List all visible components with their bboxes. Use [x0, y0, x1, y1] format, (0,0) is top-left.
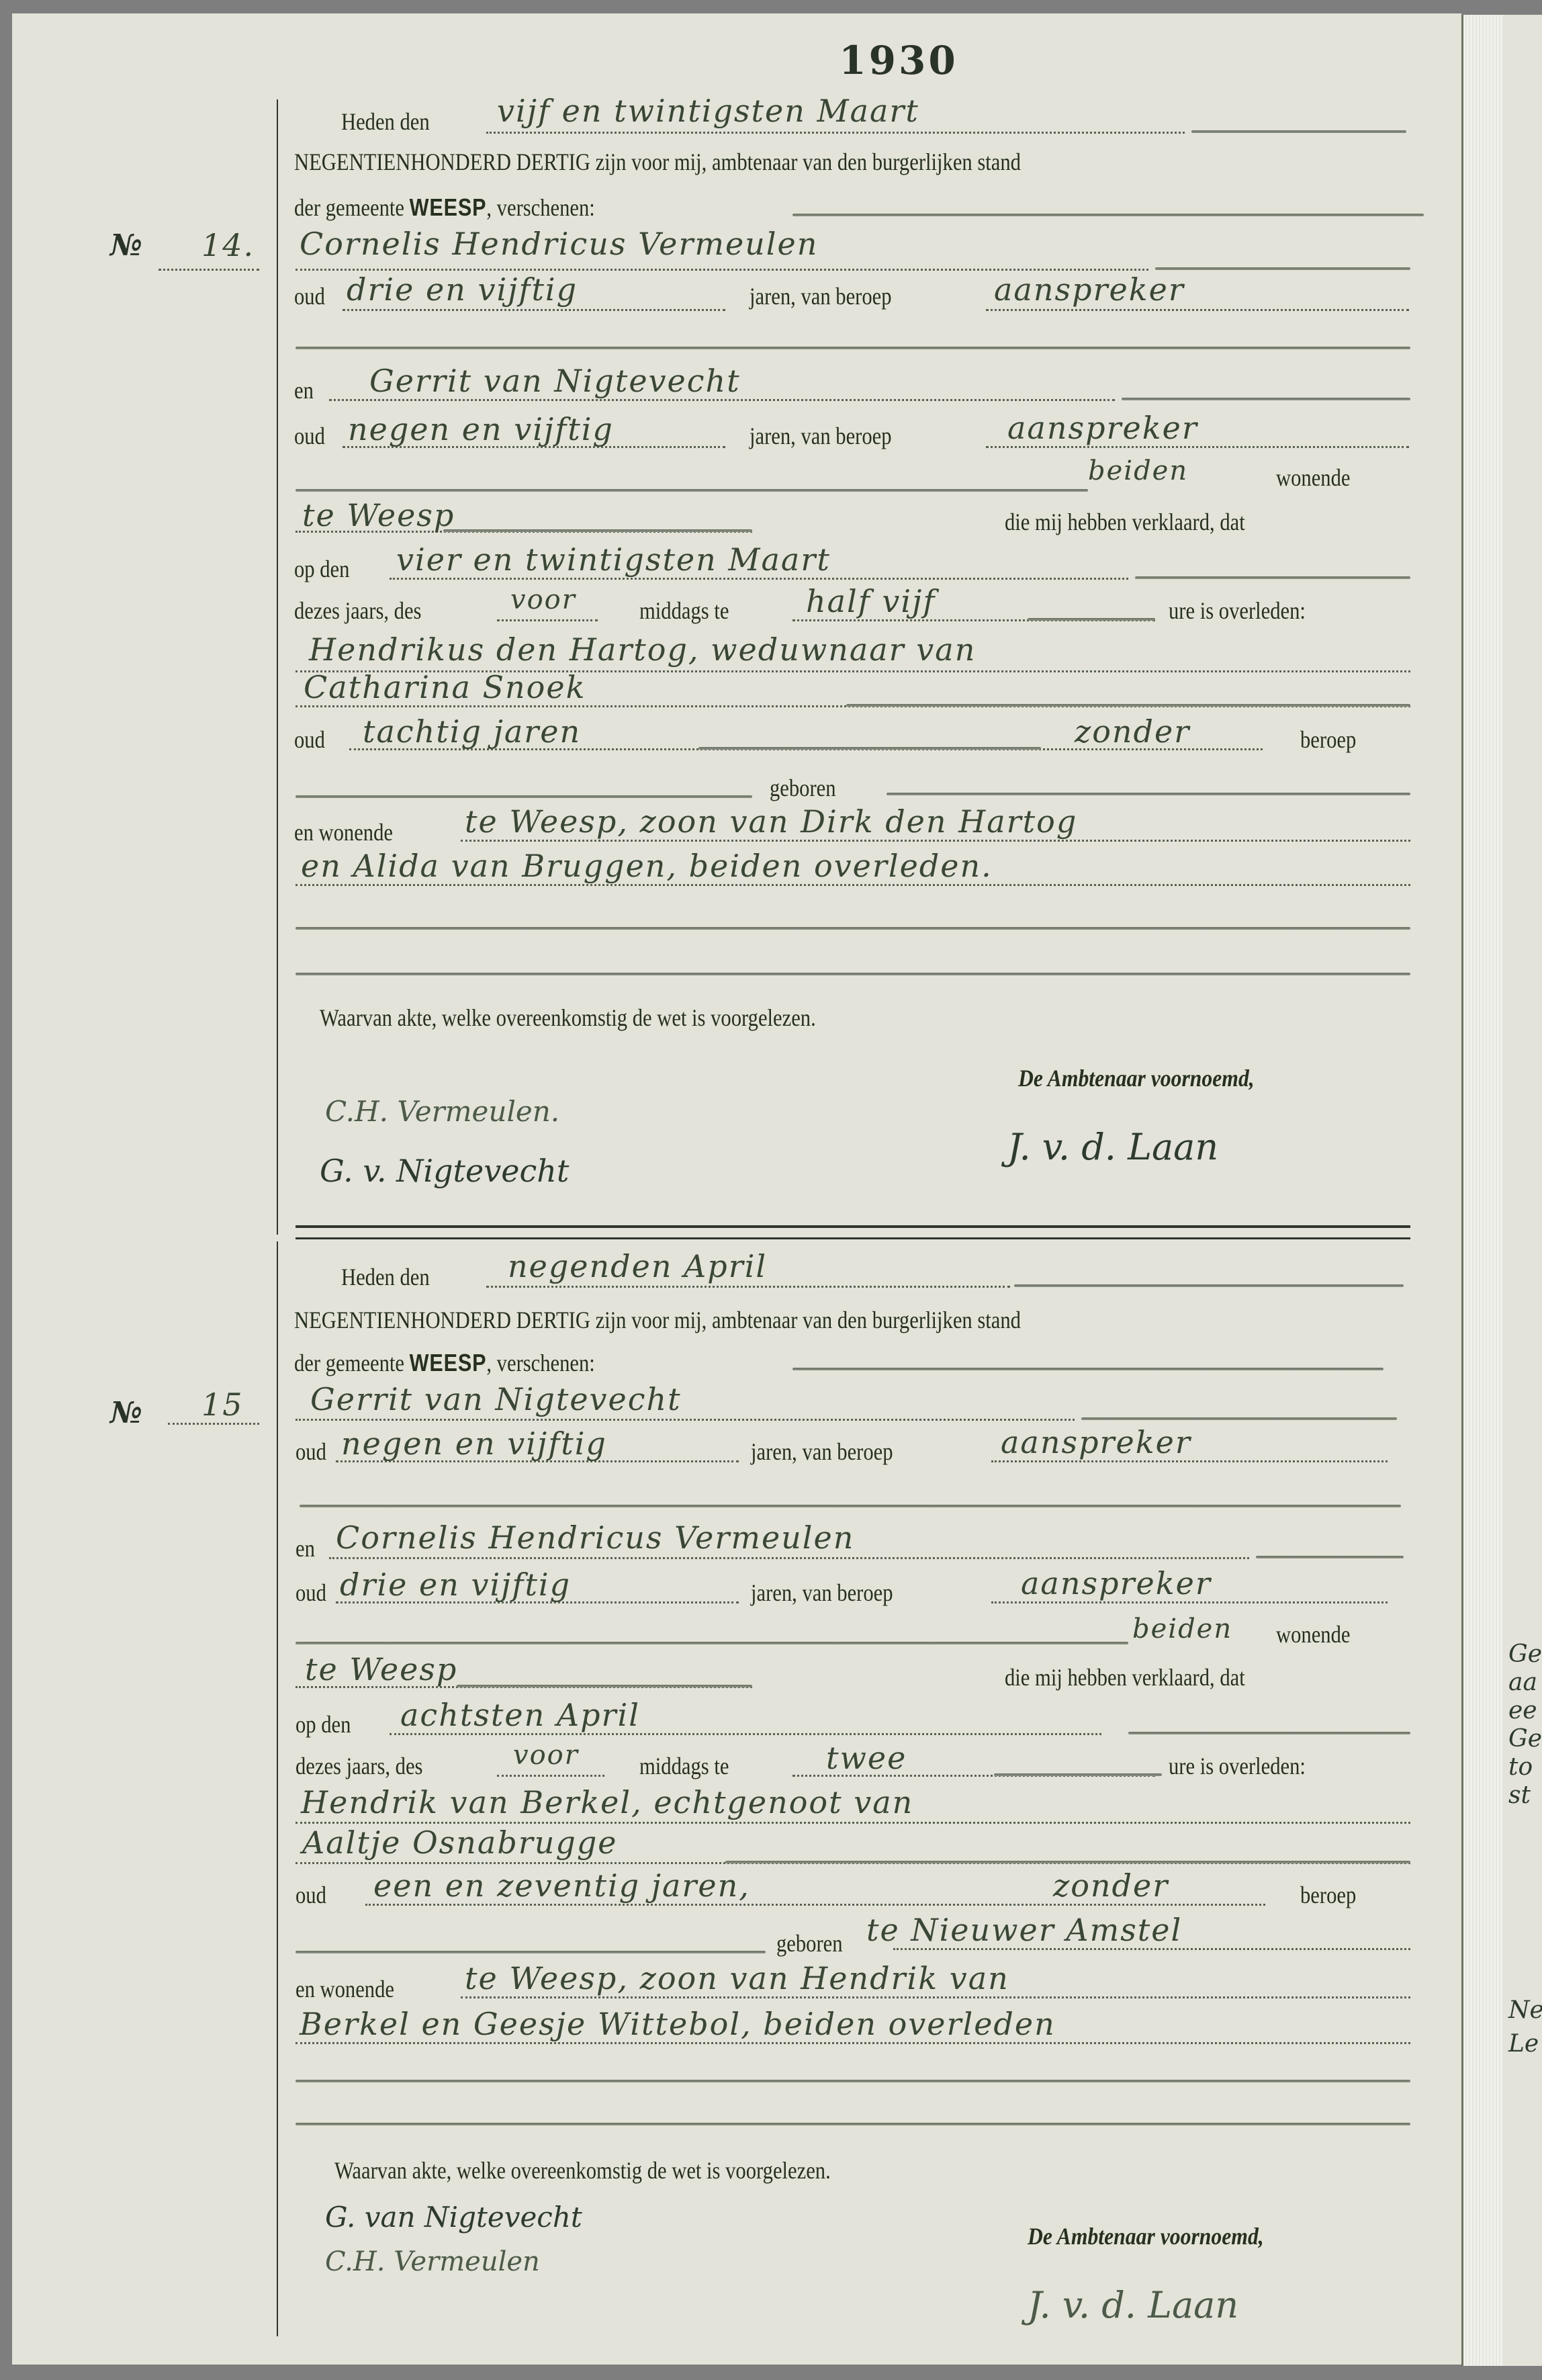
fill-rule: [1256, 1556, 1404, 1558]
fill-rule: [1081, 1417, 1397, 1420]
municipality-name: WEESP: [410, 193, 487, 221]
label-negentienhonderd: NEGENTIENHONDERD DERTIG zijn voor mij, a…: [294, 1306, 1021, 1334]
field-line: [296, 884, 1410, 886]
label-der-gemeente-text: der gemeente: [294, 1350, 404, 1376]
label-der-gemeente: der gemeente WEESP, verschenen:: [294, 1349, 595, 1377]
label-waarvan-akte: Waarvan akte, welke overeenkomstig de we…: [334, 2156, 831, 2185]
deceased-line-2: Catharina Snoek: [304, 669, 586, 705]
label-op-den: op den: [294, 555, 349, 583]
label-en-wonende: en wonende: [294, 818, 393, 846]
number-line: [158, 269, 259, 271]
label-oud: oud: [294, 282, 325, 310]
label-op-den: op den: [296, 1710, 351, 1738]
adjacent-fragment: Le: [1508, 2030, 1539, 2058]
fill-rule: [296, 973, 1410, 975]
register-year: 1930: [0, 38, 1542, 83]
label-verschenen: , verschenen:: [486, 1350, 594, 1376]
field-line: [296, 2042, 1410, 2044]
adjacent-fragment: to: [1508, 1753, 1533, 1781]
label-oud: oud: [294, 725, 325, 754]
field-line: [986, 446, 1409, 448]
fill-rule: [296, 927, 1410, 930]
label-ambtenaar: De Ambtenaar voornoemd,: [1028, 2222, 1264, 2250]
record-separator: [296, 1225, 1410, 1239]
field-line: [329, 399, 1115, 401]
adjacent-fragment: Ne: [1508, 1996, 1542, 2025]
deceased-occupation: zonder: [1075, 713, 1190, 750]
fill-rule: [296, 347, 1410, 349]
field-line: [365, 1904, 1265, 1906]
fill-rule: [296, 1951, 766, 1953]
field-date: vijf en twintigsten Maart: [497, 93, 919, 129]
adjacent-fragment: st: [1508, 1781, 1531, 1810]
number-line: [168, 1423, 259, 1425]
witness1-age: drie en vijftig: [347, 271, 578, 308]
time-of-death: half vijf: [806, 583, 936, 619]
fill-rule: [1122, 398, 1410, 400]
record-number: 14.: [201, 227, 255, 263]
field-line: [296, 1419, 1075, 1421]
label-oud: oud: [296, 1881, 326, 1909]
label-oud: oud: [296, 1438, 326, 1466]
fill-rule: [792, 214, 1424, 216]
fill-rule: [300, 1505, 1401, 1507]
witness2-name: Gerrit van Nigtevecht: [369, 363, 741, 399]
label-en: en: [294, 376, 314, 404]
fill-rule: [994, 1773, 1162, 1776]
fill-rule: [792, 1368, 1384, 1370]
deceased-line-1: Hendrik van Berkel, echtgenoot van: [301, 1784, 913, 1820]
record-number: 15: [201, 1386, 244, 1423]
fill-rule: [725, 1861, 1410, 1863]
label-ambtenaar: De Ambtenaar voornoemd,: [1018, 1064, 1255, 1092]
fill-rule: [846, 704, 1410, 707]
fill-rule: [296, 795, 752, 798]
label-verklaard: die mij hebben verklaard, dat: [1005, 1663, 1245, 1691]
deceased-age: een en zeventig jaren,: [373, 1867, 750, 1904]
witness1-age: negen en vijftig: [341, 1425, 607, 1462]
field-line: [296, 269, 1148, 271]
adjacent-fragment: aa: [1508, 1669, 1537, 1697]
label-wonende: wonende: [1276, 464, 1350, 492]
fill-rule: [296, 489, 1088, 492]
label-jaren-beroep: jaren, van beroep: [750, 422, 892, 450]
field-line: [486, 132, 1185, 134]
field-line: [461, 1996, 1410, 1998]
beiden: beiden: [1088, 455, 1188, 486]
residence-parents-2: en Alida van Bruggen, beiden overleden.: [301, 848, 993, 884]
fill-rule: [296, 2123, 1410, 2125]
adjacent-fragment: Ge: [1508, 1640, 1542, 1669]
label-geboren: geboren: [776, 1929, 843, 1957]
fill-rule: [1135, 576, 1410, 579]
field-line: [343, 309, 725, 311]
witness2-occupation: aanspreker: [1007, 410, 1198, 446]
fill-rule: [1191, 130, 1406, 133]
field-line: [497, 619, 598, 621]
record-number-symbol: №: [110, 1396, 142, 1430]
field-line: [296, 1822, 1410, 1824]
voor-na: voor: [513, 1740, 579, 1771]
residence-parents-1: te Weesp, zoon van Hendrik van: [465, 1960, 1009, 1996]
label-middags-te: middags te: [639, 597, 729, 625]
witness2-name: Cornelis Hendricus Vermeulen: [336, 1519, 854, 1556]
field-date: negenden April: [508, 1248, 767, 1284]
fill-rule: [296, 2080, 1410, 2082]
witness2-age: drie en vijftig: [340, 1567, 571, 1603]
signature-witness-1: C.H. Vermeulen.: [325, 1095, 559, 1128]
residence: te Weesp: [302, 497, 455, 533]
signature-witness-2: C.H. Vermeulen: [325, 2246, 540, 2277]
beiden: beiden: [1132, 1614, 1232, 1644]
residence: te Weesp: [305, 1651, 457, 1687]
label-beroep: beroep: [1300, 1881, 1356, 1909]
signature-witness-1: G. van Nigtevecht: [325, 2201, 582, 2234]
birthplace: te Nieuwer Amstel: [866, 1912, 1182, 1948]
label-beroep: beroep: [1300, 725, 1356, 754]
voor-na: voor: [510, 584, 576, 615]
time-of-death: twee: [826, 1740, 907, 1776]
label-der-gemeente: der gemeente WEESP, verschenen:: [294, 193, 595, 222]
margin-rule: [277, 1241, 278, 2336]
fill-rule: [1014, 1284, 1404, 1287]
fill-rule: [1128, 1732, 1410, 1734]
field-line: [986, 309, 1409, 311]
adjacent-page-edge: Ge aa ee Ge to st Ne Le: [1503, 15, 1542, 2366]
fill-rule: [1155, 267, 1410, 270]
residence-parents-2: Berkel en Geesje Wittebol, beiden overle…: [300, 2006, 1056, 2042]
death-date: achtsten April: [400, 1697, 640, 1733]
label-en: en: [296, 1534, 315, 1562]
label-dezes-jaars: dezes jaars, des: [296, 1752, 422, 1780]
field-line: [390, 578, 1128, 580]
label-jaren-beroep: jaren, van beroep: [751, 1438, 893, 1466]
fill-rule: [457, 1685, 752, 1687]
field-line: [461, 840, 1410, 842]
death-date: vier en twintigsten Maart: [396, 541, 831, 578]
field-line: [991, 1601, 1388, 1603]
label-jaren-beroep: jaren, van beroep: [751, 1579, 893, 1607]
deceased-age: tachtig jaren: [363, 713, 581, 750]
label-oud: oud: [296, 1579, 326, 1607]
label-middags-te: middags te: [639, 1752, 729, 1780]
label-verschenen: , verschenen:: [486, 194, 594, 221]
field-line: [497, 1775, 604, 1777]
fill-rule: [698, 747, 1041, 750]
fill-rule: [443, 529, 752, 532]
fill-rule: [296, 1642, 1128, 1644]
signature-official: J. v. d. Laan: [1028, 2284, 1238, 2326]
residence-parents-1: te Weesp, zoon van Dirk den Hartog: [465, 803, 1077, 840]
fill-rule: [887, 793, 1410, 795]
deceased-line-1: Hendrikus den Hartog, weduwnaar van: [309, 631, 976, 668]
margin-rule: [277, 99, 278, 1235]
witness1-name: Gerrit van Nigtevecht: [310, 1381, 682, 1417]
field-line: [390, 1733, 1101, 1735]
label-ure-overleden: ure is overleden:: [1169, 1752, 1306, 1780]
field-line: [486, 1286, 1010, 1288]
label-der-gemeente-text: der gemeente: [294, 194, 404, 221]
label-heden-den: Heden den: [341, 1263, 430, 1291]
label-waarvan-akte: Waarvan akte, welke overeenkomstig de we…: [320, 1004, 816, 1032]
label-negentienhonderd: NEGENTIENHONDERD DERTIG zijn voor mij, a…: [294, 148, 1021, 176]
fill-rule: [1028, 618, 1155, 621]
municipality-name: WEESP: [410, 1349, 487, 1376]
adjacent-fragment: ee: [1508, 1697, 1537, 1725]
deceased-occupation: zonder: [1053, 1867, 1169, 1904]
field-line: [893, 1948, 1410, 1950]
signature-witness-2: G. v. Nigtevecht: [320, 1153, 569, 1189]
record-number-symbol: №: [110, 228, 142, 263]
label-oud: oud: [294, 422, 325, 450]
adjacent-fragment: Ge: [1508, 1725, 1542, 1753]
binding-spine: [1461, 15, 1505, 2366]
deceased-line-2: Aaltje Osnabrugge: [302, 1824, 618, 1861]
field-line: [991, 1460, 1388, 1462]
witness1-occupation: aanspreker: [994, 271, 1185, 308]
witness2-age: negen en vijftig: [348, 411, 614, 447]
label-ure-overleden: ure is overleden:: [1169, 597, 1306, 625]
label-geboren: geboren: [770, 774, 836, 802]
label-en-wonende: en wonende: [296, 1975, 394, 2003]
field-line: [329, 1557, 1249, 1559]
label-wonende: wonende: [1276, 1620, 1350, 1648]
label-verklaard: die mij hebben verklaard, dat: [1005, 508, 1245, 536]
label-dezes-jaars: dezes jaars, des: [294, 597, 421, 625]
witness1-occupation: aanspreker: [1001, 1424, 1191, 1460]
signature-official: J. v. d. Laan: [1007, 1126, 1218, 1168]
witness1-name: Cornelis Hendricus Vermeulen: [300, 226, 818, 262]
witness2-occupation: aanspreker: [1021, 1565, 1212, 1601]
label-heden-den: Heden den: [341, 107, 430, 136]
label-jaren-beroep: jaren, van beroep: [750, 282, 892, 310]
